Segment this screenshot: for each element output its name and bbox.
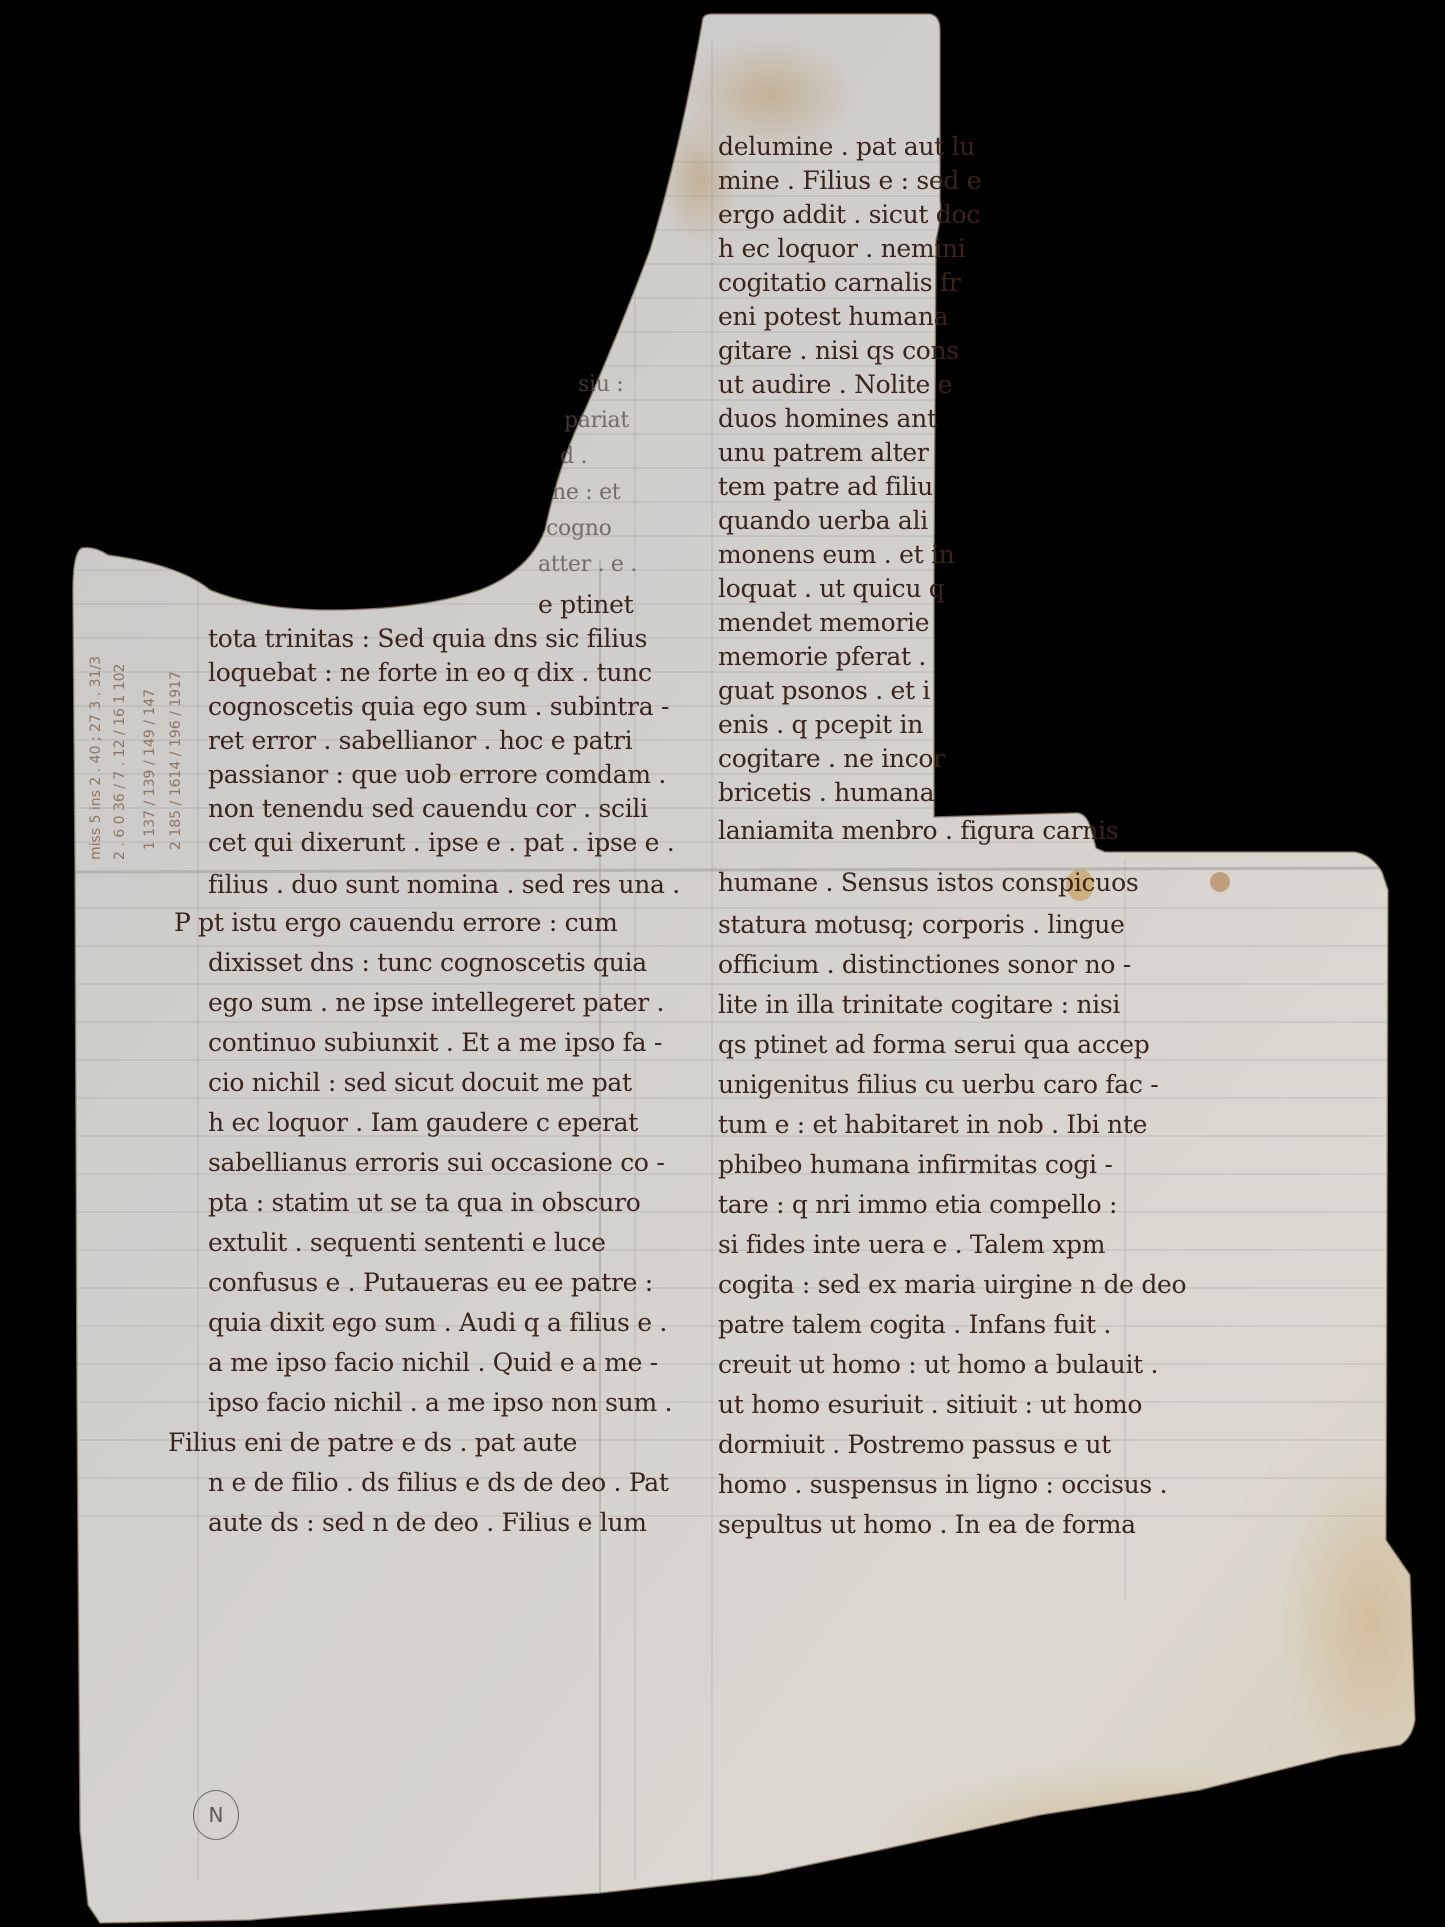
text-line: tum e : et habitaret in nob . Ibi nte — [718, 1108, 1147, 1142]
text-line: ego sum . ne ipse intellegeret pater . — [208, 986, 664, 1020]
text-line: si fides inte uera e . Talem xpm — [718, 1228, 1105, 1262]
text-line: pariat — [564, 404, 629, 438]
text-line: e ptinet — [538, 588, 633, 622]
marginal-note: 2 185 / 1614 / 196 / 1917 — [168, 671, 184, 850]
stamp-letter: N — [209, 1803, 224, 1827]
left-fragment-line-ends: siu : pariat d . ne : et cogno atter . e… — [560, 368, 640, 588]
marginal-note: 1 137 / 139 / 149 / 147 — [142, 689, 158, 850]
text-line: aute ds : sed n de deo . Filius e lum — [208, 1506, 647, 1540]
text-line: phibeo humana infirmitas cogi - — [718, 1148, 1113, 1182]
manuscript-image: delumine . pat aut lu mine . Filius e : … — [0, 0, 1445, 1927]
text-line: cio nichil : sed sicut docuit me pat — [208, 1066, 632, 1100]
text-line: filius . duo sunt nomina . sed res una . — [208, 868, 680, 902]
text-line: tare : q nri immo etia compello : — [718, 1188, 1117, 1222]
text-line: n e de filio . ds filius e ds de deo . P… — [208, 1466, 669, 1500]
text-line: cognoscetis quia ego sum . subintra - — [208, 690, 669, 724]
text-line: lite in illa trinitate cogitare : nisi — [718, 988, 1120, 1022]
text-line: ut audire . Nolite e — [718, 368, 952, 402]
text-line: duos homines ant — [718, 402, 937, 436]
text-line: qs ptinet ad forma serui qua accep — [718, 1028, 1149, 1062]
text-line: memorie pferat . — [718, 640, 926, 674]
text-line: bricetis . humana — [718, 776, 934, 810]
text-line: delumine . pat aut lu — [718, 130, 975, 164]
text-line: d . — [560, 440, 587, 474]
text-line: siu : — [578, 368, 623, 402]
text-line: cogno — [546, 512, 612, 546]
text-line: passianor : que uob errore comdam . — [208, 758, 666, 792]
text-line: ne : et — [552, 476, 620, 510]
text-line: continuo subiunxit . Et a me ipso fa - — [208, 1026, 662, 1060]
text-line: eni potest humana — [718, 300, 948, 334]
text-line: unu patrem alter — [718, 436, 929, 470]
text-line: tem patre ad filiu — [718, 470, 933, 504]
text-line: statura motusq; corporis . lingue — [718, 908, 1125, 942]
text-line: creuit ut homo : ut homo a bulauit . — [718, 1348, 1158, 1382]
text-line: patre talem cogita . Infans fuit . — [718, 1308, 1111, 1342]
text-line: pta : statim ut se ta qua in obscuro — [208, 1186, 641, 1220]
marginal-note: 2 . 6 0 36 / 7 . 12 / 16 1 102 — [112, 664, 128, 860]
text-line-rubric: P pt istu ergo cauendu errore : cum — [174, 906, 618, 940]
text-line: loquat . ut quicu q — [718, 572, 945, 606]
text-line: officium . distinctiones sonor no - — [718, 948, 1131, 982]
text-line: h ec loquor . nemini — [718, 232, 965, 266]
text-line: confusus e . Putaueras eu ee patre : — [208, 1266, 653, 1300]
text-line: extulit . sequenti sententi e luce — [208, 1226, 606, 1260]
text-line: dormiuit . Postremo passus e ut — [718, 1428, 1111, 1462]
text-line: cogitare . ne incor — [718, 742, 945, 776]
marginalia: miss 5 ins 2 . 40 ; 27 3 . 31/3 2 . 6 0 … — [82, 560, 202, 860]
text-line: ergo addit . sicut doc — [718, 198, 980, 232]
text-line: mine . Filius e : sed e — [718, 164, 981, 198]
text-line: sabellianus erroris sui occasione co - — [208, 1146, 664, 1180]
text-line: ut homo esuriuit . sitiuit : ut homo — [718, 1388, 1142, 1422]
text-line: ipso facio nichil . a me ipso non sum . — [208, 1386, 672, 1420]
text-line: sepultus ut homo . In ea de forma — [718, 1508, 1136, 1542]
text-line: atter . e . — [538, 548, 637, 582]
archive-stamp: N — [193, 1790, 239, 1840]
text-line: humane . Sensus istos conspicuos — [718, 866, 1138, 900]
text-line: loquebat : ne forte in eo q dix . tunc — [208, 656, 652, 690]
text-line: laniamita menbro . figura carnis — [718, 814, 1118, 848]
text-line: cogitatio carnalis fr — [718, 266, 961, 300]
marginal-note: miss 5 ins 2 . 40 ; 27 3 . 31/3 — [88, 656, 104, 860]
text-line: guat psonos . et i — [718, 674, 930, 708]
text-line: non tenendu sed cauendu cor . scili — [208, 792, 648, 826]
text-line: ret error . sabellianor . hoc e patri — [208, 724, 632, 758]
text-line: quia dixit ego sum . Audi q a filius e . — [208, 1306, 667, 1340]
text-line: cet qui dixerunt . ipse e . pat . ipse e… — [208, 826, 674, 860]
text-line: enis . q pcepit in — [718, 708, 923, 742]
text-line: tota trinitas : Sed quia dns sic filius — [208, 622, 647, 656]
text-line: quando uerba ali — [718, 504, 928, 538]
left-text-column: e ptinet tota trinitas : Sed quia dns si… — [208, 588, 648, 1528]
text-line: cogita : sed ex maria uirgine n de deo — [718, 1268, 1186, 1302]
text-line: homo . suspensus in ligno : occisus . — [718, 1468, 1167, 1502]
text-line: h ec loquor . Iam gaudere c eperat — [208, 1106, 638, 1140]
text-line-rubric: Filius eni de patre e ds . pat aute — [168, 1426, 577, 1460]
right-text-column: delumine . pat aut lu mine . Filius e : … — [718, 130, 1138, 1530]
text-line: unigenitus filius cu uerbu caro fac - — [718, 1068, 1158, 1102]
text-line: a me ipso facio nichil . Quid e a me - — [208, 1346, 658, 1380]
text-line: gitare . nisi qs cons — [718, 334, 959, 368]
text-line: dixisset dns : tunc cognoscetis quia — [208, 946, 647, 980]
text-line: monens eum . et in — [718, 538, 954, 572]
text-line: mendet memorie — [718, 606, 929, 640]
